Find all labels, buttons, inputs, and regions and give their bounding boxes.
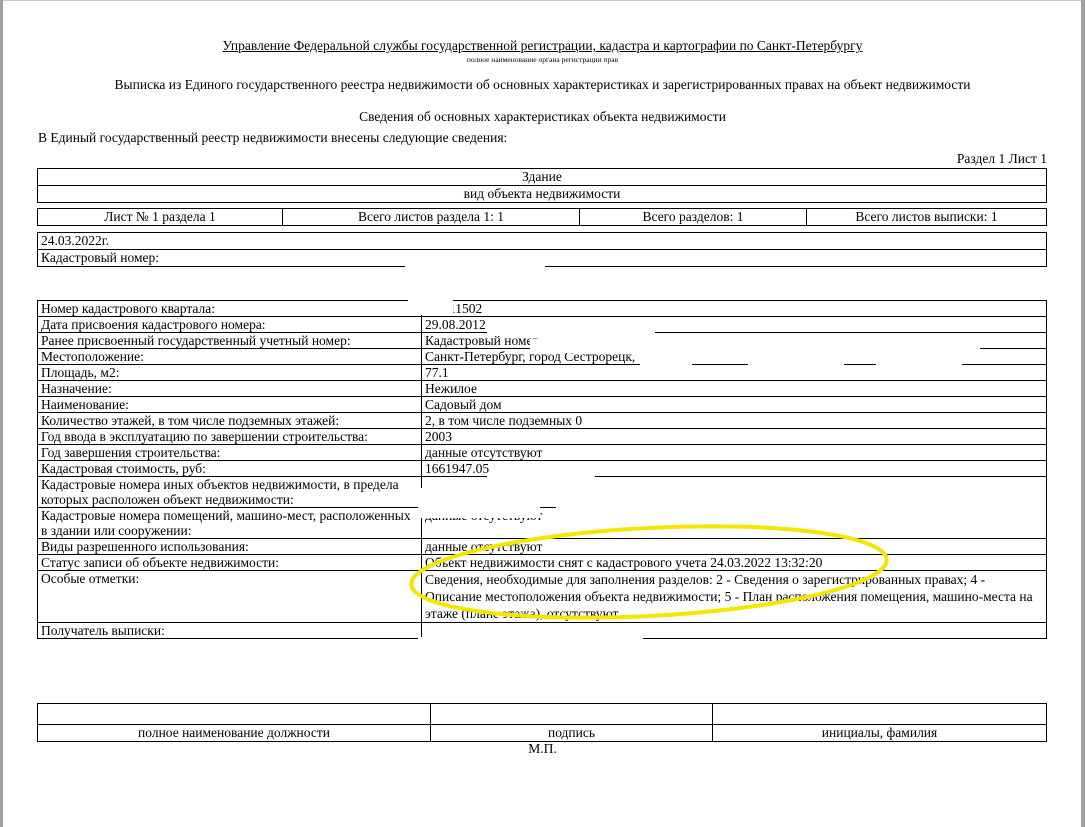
signature-field: [431, 704, 713, 725]
sheets-table: Лист № 1 раздела 1 Всего листов раздела …: [37, 208, 1047, 226]
sheets-in-section: Всего листов раздела 1: 1: [283, 209, 580, 226]
signature-caption: подпись: [431, 725, 713, 742]
row-label: Номер кадастрового квартала:: [38, 301, 422, 317]
position-field: [38, 704, 431, 725]
row-label: Дата присвоения кадастрового номера:: [38, 317, 422, 333]
name-caption: инициалы, фамилия: [713, 725, 1047, 742]
row-label: Местоположение:: [38, 349, 422, 365]
table-row: Год ввода в эксплуатацию по завершении с…: [38, 429, 1047, 445]
row-label: Назначение:: [38, 381, 422, 397]
sections-total: Всего разделов: 1: [580, 209, 807, 226]
redaction: [556, 488, 1046, 518]
position-caption: полное наименование должности: [38, 725, 431, 742]
intro-text: В Единый государственный реестр недвижим…: [38, 130, 507, 146]
row-value: данные отсутствуют: [422, 445, 1047, 461]
object-type: Здание: [38, 169, 1047, 186]
organization-name: Управление Федеральной службы государств…: [0, 38, 1085, 54]
redaction: [418, 488, 540, 518]
redaction: [408, 293, 453, 315]
section-sheet-label: Раздел 1 Лист 1: [957, 151, 1047, 167]
row-label: Количество этажей, в том числе подземных…: [38, 413, 422, 429]
signature-table: полное наименование должности подпись ин…: [37, 703, 1047, 742]
object-type-caption: вид объекта недвижимости: [38, 186, 1047, 203]
table-row: Наименование:Садовый дом: [38, 397, 1047, 413]
table-row: Особые отметки:Сведения, необходимые для…: [38, 571, 1047, 623]
redaction: [487, 474, 595, 488]
row-value: 2, в том числе подземных 0: [422, 413, 1047, 429]
redaction: [640, 353, 692, 369]
table-row: Назначение:Нежилое: [38, 381, 1047, 397]
row-label: Кадастровая стоимость, руб:: [38, 461, 422, 477]
table-row: Виды разрешенного использования:данные о…: [38, 539, 1047, 555]
redaction: [38, 270, 1048, 298]
row-label: Площадь, м2:: [38, 365, 422, 381]
row-label: Наименование:: [38, 397, 422, 413]
row-label: Статус записи об объекте недвижимости:: [38, 555, 422, 571]
row-value: 8:0011502: [422, 301, 1047, 317]
row-value: Садовый дом: [422, 397, 1047, 413]
row-value: 2003: [422, 429, 1047, 445]
row-label: Ранее присвоенный государственный учетны…: [38, 333, 422, 349]
row-label: Год завершения строительства:: [38, 445, 422, 461]
row-label: Получатель выписки:: [38, 623, 422, 639]
row-value: Нежилое: [422, 381, 1047, 397]
table-row: Номер кадастрового квартала:8:0011502: [38, 301, 1047, 317]
organization-caption: полное наименование органа регистрации п…: [0, 55, 1085, 64]
object-type-table: Здание вид объекта недвижимости: [37, 168, 1047, 203]
sheets-total: Всего листов выписки: 1: [807, 209, 1047, 226]
row-label: Год ввода в эксплуатацию по завершении с…: [38, 429, 422, 445]
row-value: данные отсутствуют: [422, 539, 1047, 555]
redaction: [876, 353, 962, 369]
redaction: [748, 353, 844, 371]
sheet-number: Лист № 1 раздела 1: [38, 209, 283, 226]
row-label: Особые отметки:: [38, 571, 422, 623]
redaction: [412, 652, 424, 662]
row-label: Виды разрешенного использования:: [38, 539, 422, 555]
seal-label: М.П.: [0, 741, 1085, 757]
row-label: Кадастровые номера помещений, машино-мес…: [38, 508, 422, 539]
document-title: Выписка из Единого государственного реес…: [0, 77, 1085, 93]
row-label: Кадастровые номера иных объектов недвижи…: [38, 477, 422, 508]
row-value: Объект недвижимости снят с кадастрового …: [422, 555, 1047, 571]
redaction: [405, 251, 545, 269]
redaction: [400, 234, 552, 248]
page-frame-top: [0, 0, 1085, 1]
row-value: Сведения, необходимые для заполнения раз…: [422, 571, 1047, 623]
redaction: [418, 637, 643, 655]
name-field: [713, 704, 1047, 725]
table-row: Год завершения строительства:данные отсу…: [38, 445, 1047, 461]
table-row: Количество этажей, в том числе подземных…: [38, 413, 1047, 429]
redaction: [530, 339, 980, 353]
section-title: Сведения об основных характеристиках объ…: [0, 109, 1085, 125]
table-row: Статус записи об объекте недвижимости:Об…: [38, 555, 1047, 571]
redaction: [487, 322, 655, 336]
